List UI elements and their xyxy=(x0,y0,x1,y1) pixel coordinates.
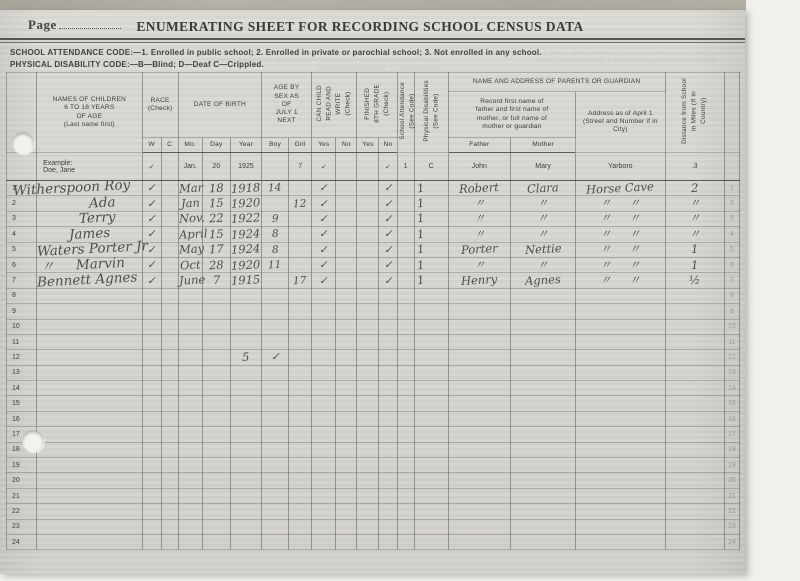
cell-rnum: 18 xyxy=(724,442,739,457)
cell-dis xyxy=(414,365,448,380)
distance-from-school-label: Distance from School in Miles (If in Cou… xyxy=(680,78,708,144)
cell-day: 18 xyxy=(202,181,230,196)
handwritten-entry: 1920 xyxy=(231,259,261,271)
cell-dist xyxy=(665,334,724,349)
cell-c xyxy=(161,473,178,488)
cell-girl xyxy=(289,473,312,488)
cell-name: Ada xyxy=(37,196,142,211)
cell-boy xyxy=(262,458,289,473)
cell-num: 16 xyxy=(7,411,37,426)
cell-ryes xyxy=(312,458,336,473)
handwritten-entry: ✓ xyxy=(147,214,156,224)
cell-mother xyxy=(510,396,575,411)
cell-address: 〃〃 xyxy=(576,211,665,226)
handwritten-entry: 〃 xyxy=(689,198,701,209)
cell-w xyxy=(142,334,161,349)
cell-name: Bennett Agnes xyxy=(37,273,142,288)
cell-name xyxy=(37,288,142,303)
row-number: 18 xyxy=(12,446,20,453)
cell-rnum: 20 xyxy=(724,473,739,488)
row-number: 11 xyxy=(728,339,735,346)
cell-mother: Clara xyxy=(510,181,575,196)
cell-mo: April xyxy=(178,227,202,242)
cell-address xyxy=(576,488,665,503)
cell-father: 〃 xyxy=(448,227,510,242)
cell-father xyxy=(448,381,510,396)
handwritten-entry: June xyxy=(178,274,205,285)
school-attendance-header: School Attendance (See Code) xyxy=(397,73,414,153)
cell-day xyxy=(202,504,230,519)
handwritten-entry: Henry xyxy=(461,274,498,286)
cell-rno xyxy=(336,534,357,549)
cell-father: 〃 xyxy=(448,196,510,211)
cell-address xyxy=(576,334,665,349)
cell-boy xyxy=(262,473,289,488)
cell-rno xyxy=(336,473,357,488)
cell-ryes: ✓ xyxy=(312,257,336,272)
cell-day xyxy=(202,304,230,319)
cell-boy xyxy=(262,442,289,457)
handwritten-entry: Oct xyxy=(180,259,201,270)
table-row: 1414 xyxy=(7,381,740,396)
cell-fno xyxy=(379,427,397,442)
cell-girl xyxy=(289,334,312,349)
cell-rnum: 19 xyxy=(724,458,739,473)
cell-num: 9 xyxy=(7,304,37,319)
handwritten-entry: Nettie xyxy=(525,243,562,255)
subheader-mother: Mother xyxy=(510,138,575,153)
cell-rnum: 14 xyxy=(724,381,739,396)
cell-w: ✓ xyxy=(142,196,161,211)
table-row: 2Ada✓Jan15192012✓✓1〃〃〃〃〃2 xyxy=(7,196,740,211)
cell-c xyxy=(161,334,178,349)
cell-fno xyxy=(379,319,397,334)
cell-mother xyxy=(510,458,575,473)
cell-father xyxy=(448,304,510,319)
row-number: 7 xyxy=(730,277,734,284)
row-number: 21 xyxy=(12,493,20,500)
cell-boy: 8 xyxy=(262,227,289,242)
cell-rnum: 3 xyxy=(724,211,739,226)
cell-name xyxy=(37,334,142,349)
cell-girl xyxy=(289,227,312,242)
cell-fyes xyxy=(357,288,379,303)
row-number: 16 xyxy=(728,416,736,423)
table-row: 1111 xyxy=(7,334,740,349)
cell-w xyxy=(142,319,161,334)
cell-year xyxy=(230,519,261,534)
table-row: 1919 xyxy=(7,458,740,473)
cell-num: 23 xyxy=(7,519,37,534)
handwritten-entry: ✓ xyxy=(319,214,328,224)
cell-rnum: 4 xyxy=(724,227,739,242)
cell-c xyxy=(161,227,178,242)
cell-mother xyxy=(510,427,575,442)
cell-dis xyxy=(414,442,448,457)
cell-num: 14 xyxy=(7,381,37,396)
distance-from-school-header: Distance from School in Miles (If in Cou… xyxy=(665,73,724,153)
cell-w xyxy=(142,534,161,549)
row-number: 9 xyxy=(12,308,16,315)
table-row: 2020 xyxy=(7,473,740,488)
cell-num: 10 xyxy=(7,319,37,334)
table-row: 1515 xyxy=(7,396,740,411)
cell-c xyxy=(161,381,178,396)
cell-c xyxy=(161,304,178,319)
cell-name xyxy=(37,304,142,319)
cell-girl xyxy=(289,381,312,396)
cell-rnum: 10 xyxy=(724,319,739,334)
cell-w xyxy=(142,427,161,442)
cell-fno xyxy=(379,504,397,519)
table-row: 2424 xyxy=(7,534,740,549)
cell-year xyxy=(230,504,261,519)
cell-att: 1 xyxy=(397,273,414,288)
date-of-birth-header: DATE OF BIRTH xyxy=(178,73,261,138)
race-header: RACE (Check) xyxy=(142,73,178,138)
row-number: 10 xyxy=(728,323,736,330)
cell-year xyxy=(230,411,261,426)
cell-father xyxy=(448,396,510,411)
cell-mother xyxy=(510,411,575,426)
cell-day xyxy=(202,427,230,442)
example-year: 1925 xyxy=(230,153,261,181)
cell-girl xyxy=(289,319,312,334)
handwritten-entry: 15 xyxy=(209,228,224,239)
cell-year xyxy=(230,458,261,473)
row-number: 13 xyxy=(12,369,20,376)
cell-dist xyxy=(665,288,724,303)
cell-dist xyxy=(665,411,724,426)
cell-w xyxy=(142,458,161,473)
cell-day xyxy=(202,411,230,426)
handwritten-entry: 1 xyxy=(416,244,425,255)
handwritten-entry: Robert xyxy=(459,182,499,194)
row-number: 20 xyxy=(728,477,736,484)
cell-c xyxy=(161,365,178,380)
handwritten-entry: ✓ xyxy=(270,352,279,362)
cell-dist: 2 xyxy=(665,181,724,196)
cell-fyes xyxy=(357,381,379,396)
cell-rno xyxy=(336,519,357,534)
subheader-father: Father xyxy=(448,138,510,153)
cell-dis xyxy=(414,411,448,426)
cell-att xyxy=(397,427,414,442)
cell-girl xyxy=(289,534,312,549)
cell-fyes xyxy=(357,365,379,380)
cell-ryes xyxy=(312,488,336,503)
cell-father xyxy=(448,488,510,503)
cell-att xyxy=(397,458,414,473)
cell-address: 〃〃 xyxy=(576,227,665,242)
row-number: 5 xyxy=(730,246,734,253)
cell-name xyxy=(37,458,142,473)
handwritten-entry: 14 xyxy=(268,183,282,194)
cell-address: 〃〃 xyxy=(576,257,665,272)
can-read-write-header: CAN CHILD READ AND WRITE (Check) xyxy=(312,73,357,138)
cell-girl xyxy=(289,411,312,426)
cell-rnum: 24 xyxy=(724,534,739,549)
cell-num: 20 xyxy=(7,473,37,488)
cell-mother xyxy=(510,319,575,334)
cell-day xyxy=(202,396,230,411)
cell-father: Robert xyxy=(448,181,510,196)
handwritten-entry: James xyxy=(69,228,111,240)
cell-mo: Oct xyxy=(178,257,202,272)
cell-boy xyxy=(262,396,289,411)
handwritten-entry: ✓ xyxy=(319,245,328,255)
cell-year xyxy=(230,488,261,503)
cell-day xyxy=(202,365,230,380)
cell-num: 8 xyxy=(7,288,37,303)
cell-fno xyxy=(379,334,397,349)
handwritten-entry: 17 xyxy=(209,244,224,255)
cell-c xyxy=(161,257,178,272)
handwritten-entry: 1 xyxy=(691,259,699,269)
physical-disabilities-header: Physical Disabilities (See Code) xyxy=(414,73,448,153)
cell-year: 1915 xyxy=(230,273,261,288)
cell-fno xyxy=(379,411,397,426)
cell-mo xyxy=(178,288,202,303)
cell-fyes xyxy=(357,242,379,257)
cell-rno xyxy=(336,334,357,349)
cell-day xyxy=(202,473,230,488)
cell-boy xyxy=(262,288,289,303)
example-father: John xyxy=(448,153,510,181)
handwritten-entry: 1915 xyxy=(231,274,261,286)
cell-c xyxy=(161,519,178,534)
table-row: 1818 xyxy=(7,442,740,457)
cell-year: 1918 xyxy=(230,181,261,196)
cell-dist: 〃 xyxy=(665,227,724,242)
handwritten-entry: 2 xyxy=(691,183,699,193)
row-number: 12 xyxy=(12,354,20,361)
cell-year xyxy=(230,288,261,303)
cell-mo xyxy=(178,442,202,457)
cell-address xyxy=(576,458,665,473)
handwritten-entry: ✓ xyxy=(383,183,392,193)
cell-dis xyxy=(414,396,448,411)
row-number: 1 xyxy=(730,185,734,192)
cell-num: 19 xyxy=(7,458,37,473)
cell-c xyxy=(161,242,178,257)
cell-rnum: 11 xyxy=(724,334,739,349)
cell-num: 13 xyxy=(7,365,37,380)
sheet-title: ENUMERATING SHEET FOR RECORDING SCHOOL C… xyxy=(0,19,720,35)
cell-rnum: 9 xyxy=(724,304,739,319)
cell-name xyxy=(37,319,142,334)
cell-year xyxy=(230,473,261,488)
handwritten-entry: Witherspoon Roy xyxy=(13,180,131,196)
handwritten-entry: 〃 xyxy=(473,229,485,240)
handwritten-entry: 8 xyxy=(271,245,278,255)
cell-dist xyxy=(665,473,724,488)
row-number: 2 xyxy=(730,200,734,207)
handwritten-entry: ✓ xyxy=(383,229,392,239)
cell-dis xyxy=(414,534,448,549)
cell-dis xyxy=(414,488,448,503)
cell-ryes xyxy=(312,334,336,349)
cell-att xyxy=(397,304,414,319)
cell-address: 〃〃 xyxy=(576,196,665,211)
row-number: 15 xyxy=(12,400,20,407)
cell-address xyxy=(576,304,665,319)
cell-girl xyxy=(289,488,312,503)
cell-rno xyxy=(336,396,357,411)
row-number: 6 xyxy=(12,262,16,269)
row-number: 13 xyxy=(728,369,736,376)
cell-address xyxy=(576,396,665,411)
row-number: 17 xyxy=(728,431,736,438)
handwritten-entry: ✓ xyxy=(319,260,328,270)
cell-boy: 14 xyxy=(262,181,289,196)
cell-fyes xyxy=(357,488,379,503)
handwritten-entry: 28 xyxy=(209,259,224,270)
row-number: 24 xyxy=(728,539,736,546)
cell-mo xyxy=(178,365,202,380)
cell-mother xyxy=(510,288,575,303)
cell-c xyxy=(161,458,178,473)
cell-mo xyxy=(178,319,202,334)
example-finished-yes xyxy=(357,153,379,181)
cell-father xyxy=(448,534,510,549)
cell-name xyxy=(37,427,142,442)
cell-mother xyxy=(510,365,575,380)
cell-num: 21 xyxy=(7,488,37,503)
cell-rno xyxy=(336,211,357,226)
cell-mother xyxy=(510,473,575,488)
cell-name: Witherspoon Roy xyxy=(37,181,142,196)
handwritten-entry: 1918 xyxy=(231,182,261,194)
cell-rno xyxy=(336,504,357,519)
example-month: Jan. xyxy=(178,153,202,181)
cell-dist xyxy=(665,442,724,457)
cell-mother: 〃 xyxy=(510,196,575,211)
cell-boy: ✓ xyxy=(262,350,289,365)
cell-dist xyxy=(665,488,724,503)
cell-fyes xyxy=(357,504,379,519)
cell-mother xyxy=(510,304,575,319)
row-number: 5 xyxy=(12,246,16,253)
cell-girl xyxy=(289,365,312,380)
cell-fno xyxy=(379,519,397,534)
cell-girl xyxy=(289,211,312,226)
cell-w xyxy=(142,519,161,534)
cell-c xyxy=(161,211,178,226)
cell-fyes xyxy=(357,319,379,334)
row-number: 11 xyxy=(12,339,19,346)
cell-dist: 〃 xyxy=(665,211,724,226)
handwritten-entry: 1924 xyxy=(231,228,261,240)
cell-boy xyxy=(262,488,289,503)
cell-rnum: 17 xyxy=(724,427,739,442)
cell-mother: 〃 xyxy=(510,227,575,242)
cell-fno xyxy=(379,534,397,549)
cell-mo: May xyxy=(178,242,202,257)
row-number: 22 xyxy=(728,508,736,515)
subheader-read-yes: Yes xyxy=(312,138,336,153)
cell-c xyxy=(161,288,178,303)
row-number: 3 xyxy=(730,215,734,222)
row-number: 15 xyxy=(728,400,736,407)
cell-address xyxy=(576,365,665,380)
cell-girl: 17 xyxy=(289,273,312,288)
subheader-year: Year xyxy=(230,138,261,153)
table-row: 7Bennett Agnes✓June7191517✓✓1HenryAgnes〃… xyxy=(7,273,740,288)
cell-rno xyxy=(336,181,357,196)
cell-fno xyxy=(379,396,397,411)
cell-rnum: 15 xyxy=(724,396,739,411)
cell-fyes xyxy=(357,304,379,319)
cell-mother xyxy=(510,519,575,534)
cell-rnum: 22 xyxy=(724,504,739,519)
cell-father xyxy=(448,473,510,488)
row-number: 23 xyxy=(12,523,20,530)
cell-day xyxy=(202,288,230,303)
cell-c xyxy=(161,396,178,411)
cell-mo xyxy=(178,381,202,396)
handwritten-entry: 12 xyxy=(293,198,307,209)
cell-ryes xyxy=(312,504,336,519)
cell-dist xyxy=(665,519,724,534)
cell-girl xyxy=(289,304,312,319)
row-number: 6 xyxy=(730,262,734,269)
cell-att: 1 xyxy=(397,242,414,257)
row-number: 23 xyxy=(728,523,736,530)
cell-dis xyxy=(414,334,448,349)
handwritten-entry: ✓ xyxy=(319,275,328,285)
example-disability: C xyxy=(414,153,448,181)
cell-boy xyxy=(262,365,289,380)
cell-rnum: 8 xyxy=(724,288,739,303)
cell-mother xyxy=(510,442,575,457)
cell-fno xyxy=(379,288,397,303)
handwritten-entry: ✓ xyxy=(319,183,328,193)
cell-boy xyxy=(262,334,289,349)
handwritten-entry: 22 xyxy=(209,213,224,224)
cell-rno xyxy=(336,288,357,303)
title-rule-thin xyxy=(0,42,745,43)
subheader-boy: Boy xyxy=(262,138,289,153)
cell-num: 4 xyxy=(7,227,37,242)
cell-dist: 〃 xyxy=(665,196,724,211)
cell-att xyxy=(397,319,414,334)
cell-dist xyxy=(665,396,724,411)
cell-boy: 8 xyxy=(262,242,289,257)
cell-rnum: 2 xyxy=(724,196,739,211)
cell-ryes xyxy=(312,473,336,488)
example-row: Example: Doe, Jane ✓ Jan. 20 1925 7 ✓ ✓ … xyxy=(7,153,740,181)
cell-fyes xyxy=(357,534,379,549)
cell-ryes: ✓ xyxy=(312,181,336,196)
cell-num: 12 xyxy=(7,350,37,365)
finished-8th-grade-label: FINISHED 8TH GRADE (Check) xyxy=(363,84,391,123)
finished-8th-grade-header: FINISHED 8TH GRADE (Check) xyxy=(357,73,397,138)
cell-father: Porter xyxy=(448,242,510,257)
cell-day: 7 xyxy=(202,273,230,288)
cell-c xyxy=(161,534,178,549)
cell-mo xyxy=(178,396,202,411)
cell-father xyxy=(448,288,510,303)
cell-fno: ✓ xyxy=(379,257,397,272)
handwritten-entry: 〃 xyxy=(473,198,485,209)
row-number: 8 xyxy=(12,292,16,299)
table-row: 3Terry✓Nov.2219229✓✓1〃〃〃〃〃3 xyxy=(7,211,740,226)
cell-fyes xyxy=(357,396,379,411)
cell-fyes xyxy=(357,519,379,534)
cell-rno xyxy=(336,196,357,211)
cell-day xyxy=(202,381,230,396)
